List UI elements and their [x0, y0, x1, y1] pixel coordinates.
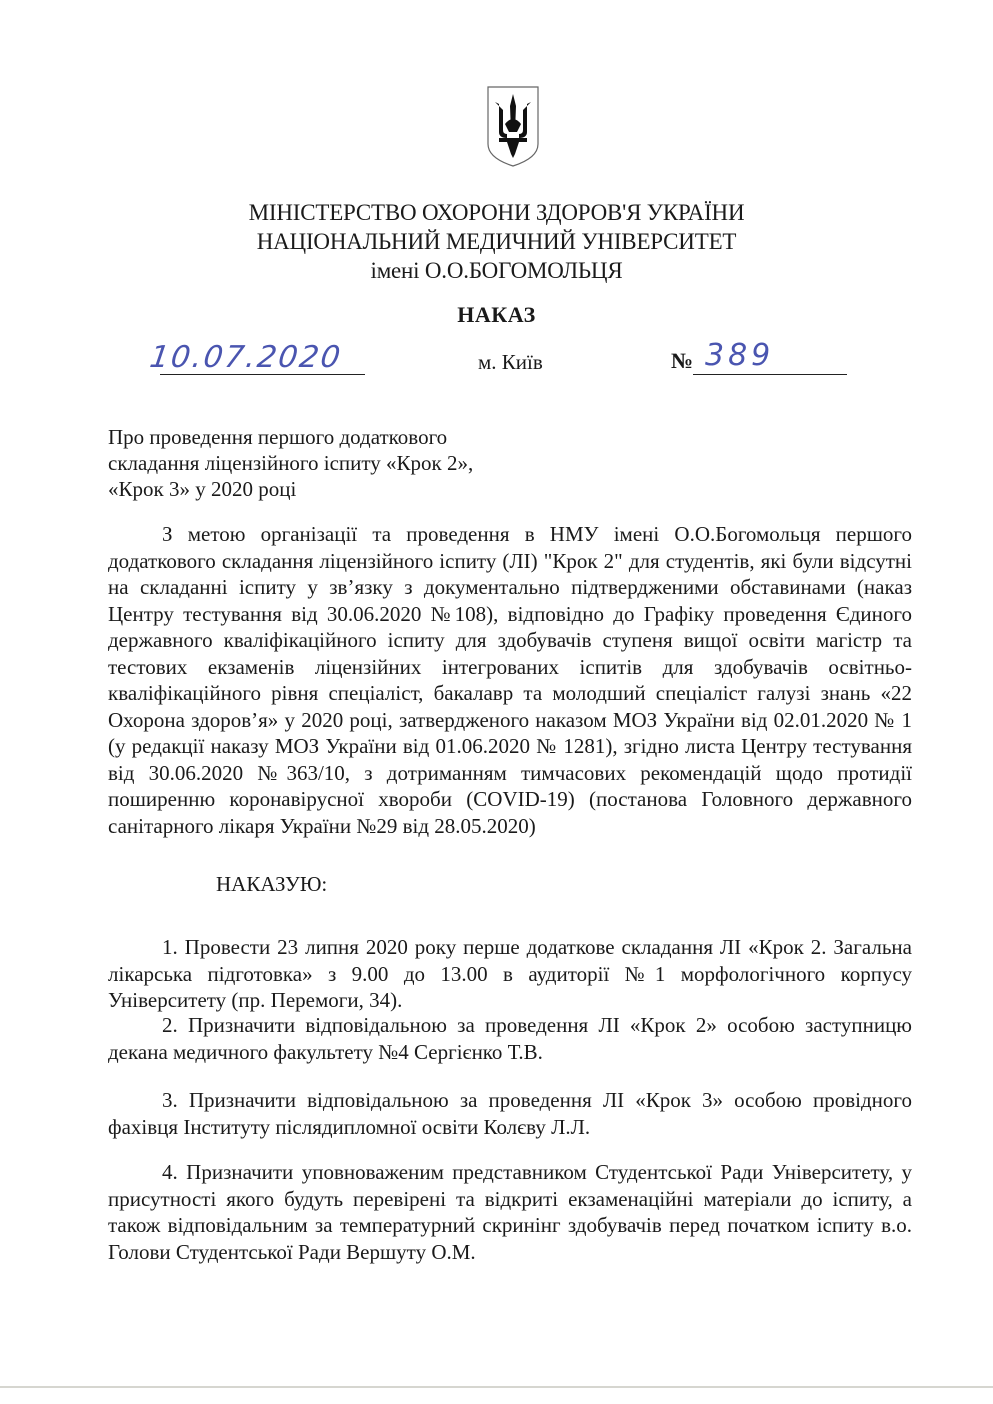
- ministry-name: МІНІСТЕРСТВО ОХОРОНИ ЗДОРОВ'Я УКРАЇНИ: [0, 198, 993, 227]
- decree-word: НАКАЗУЮ:: [216, 872, 327, 897]
- order-item-3: 3. Призначити відповідальною за проведен…: [108, 1087, 912, 1140]
- subject-line: Про проведення першого додаткового: [108, 424, 473, 450]
- date-underline: [160, 374, 365, 375]
- subject-line: складання ліцензійного іспиту «Крок 2»,: [108, 450, 473, 476]
- preamble-paragraph: З метою організації та проведення в НМУ …: [108, 521, 912, 839]
- subject-line: «Крок 3» у 2020 році: [108, 476, 473, 502]
- page-edge-line: [0, 1386, 993, 1388]
- university-name-suffix: імені О.О.БОГОМОЛЬЦЯ: [0, 256, 993, 285]
- number-underline: [693, 374, 847, 375]
- order-item-2: 2. Призначити відповідальною за проведен…: [108, 1012, 912, 1065]
- city-label: м. Київ: [478, 350, 543, 375]
- handwritten-date: 10.07.2020: [148, 340, 345, 375]
- handwritten-order-number: 389: [705, 338, 774, 373]
- coat-of-arms-trident-icon: [485, 84, 541, 168]
- order-item-1: 1. Провести 23 липня 2020 року перше дод…: [108, 934, 912, 1014]
- order-subject: Про проведення першого додаткового склад…: [108, 424, 473, 502]
- university-name: НАЦІОНАЛЬНИЙ МЕДИЧНИЙ УНІВЕРСИТЕТ: [0, 227, 993, 256]
- number-sign: №: [671, 348, 693, 374]
- institution-header: МІНІСТЕРСТВО ОХОРОНИ ЗДОРОВ'Я УКРАЇНИ НА…: [0, 198, 993, 285]
- order-item-4: 4. Призначити уповноваженим представнико…: [108, 1159, 912, 1265]
- document-title: НАКАЗ: [0, 302, 993, 328]
- order-meta-line: 10.07.2020 м. Київ № 389: [0, 340, 993, 380]
